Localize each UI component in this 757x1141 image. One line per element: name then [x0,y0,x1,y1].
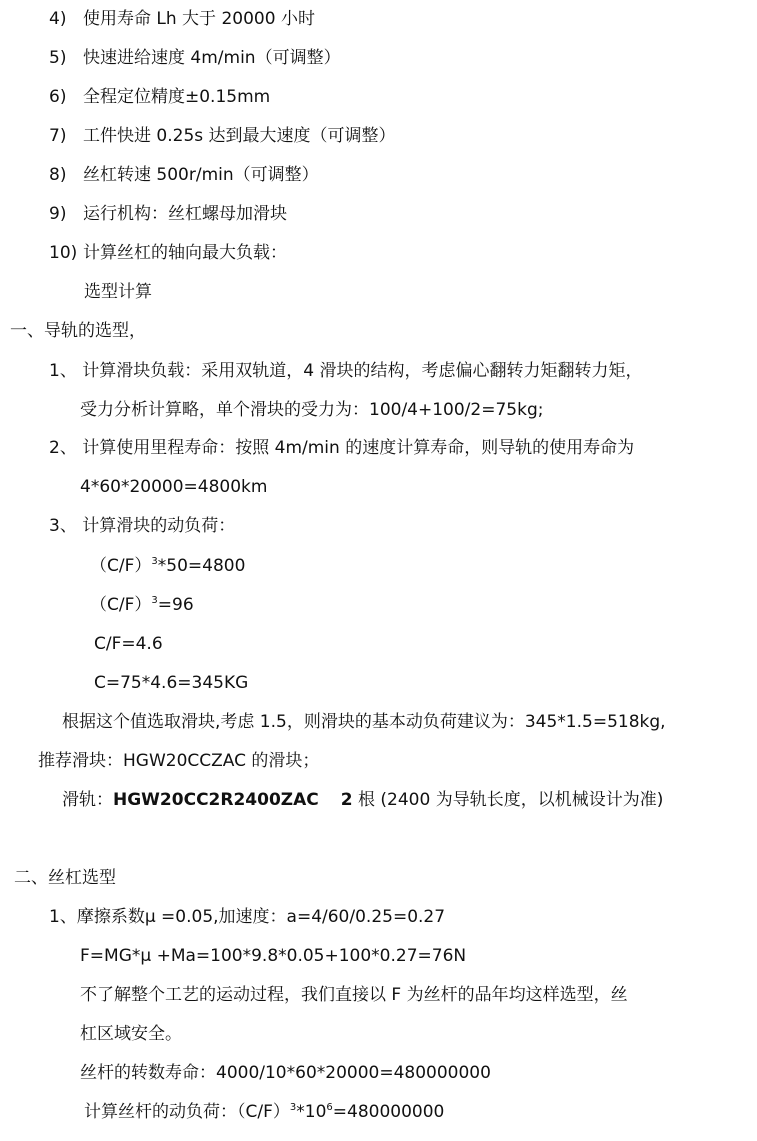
equation: F=MG*μ +Ma=100*9.8*0.05+100*0.27=76N [80,945,466,967]
paragraph: 根据这个值选取滑块,考虑 1.5，则滑块的基本动负荷建议为：345*1.5=51… [62,711,666,733]
equation: （C/F）3=96 [90,594,194,616]
equation: 计算丝杆的动负荷：（C/F）3*106=480000000 [84,1101,444,1123]
list-item: 8)丝杠转速 500r/min（可调整） [49,164,319,186]
equation: （C/F）3*50=4800 [90,555,245,577]
paragraph: 丝杆的转数寿命：4000/10*60*20000=480000000 [80,1062,491,1084]
paragraph: 受力分析计算略，单个滑块的受力为：100/4+100/2=75kg; [80,399,543,421]
section-heading: 二、丝杠选型 [14,867,116,889]
paragraph: 2、 计算使用里程寿命：按照 4m/min 的速度计算寿命，则导轨的使用寿命为 [49,437,634,459]
list-item: 10)计算丝杠的轴向最大负载： [49,242,287,264]
equation: C/F=4.6 [94,633,163,655]
list-item: 7)工件快进 0.25s 达到最大速度（可调整） [49,125,396,147]
paragraph: 1、摩擦系数μ =0.05,加速度：a=4/60/0.25=0.27 [49,906,445,928]
subtitle: 选型计算 [84,281,152,303]
list-item: 5)快速进给速度 4m/min（可调整） [49,47,341,69]
paragraph: 推荐滑块：HGW20CCZAC 的滑块； [38,750,319,772]
list-item: 4)使用寿命 Lh 大于 20000 小时 [49,8,315,30]
list-item: 6)全程定位精度±0.15mm [49,86,270,108]
paragraph: 杠区域安全。 [80,1023,182,1045]
list-item: 9)运行机构：丝杠螺母加滑块 [49,203,287,225]
section-heading: 一、导轨的选型， [10,320,146,342]
paragraph: 不了解整个工艺的运动过程，我们直接以 F 为丝杆的品年均这样选型，丝 [80,984,628,1006]
rail-spec: 滑轨：HGW20CC2R2400ZAC2 根 (2400 为导轨长度，以机械设计… [62,789,663,811]
paragraph: 3、 计算滑块的动负荷： [49,515,235,537]
paragraph: 1、 计算滑块负载：采用双轨道，4 滑块的结构，考虑偏心翻转力矩翻转力矩， [49,360,642,382]
equation: C=75*4.6=345KG [94,672,248,694]
paragraph: 4*60*20000=4800km [80,476,267,498]
